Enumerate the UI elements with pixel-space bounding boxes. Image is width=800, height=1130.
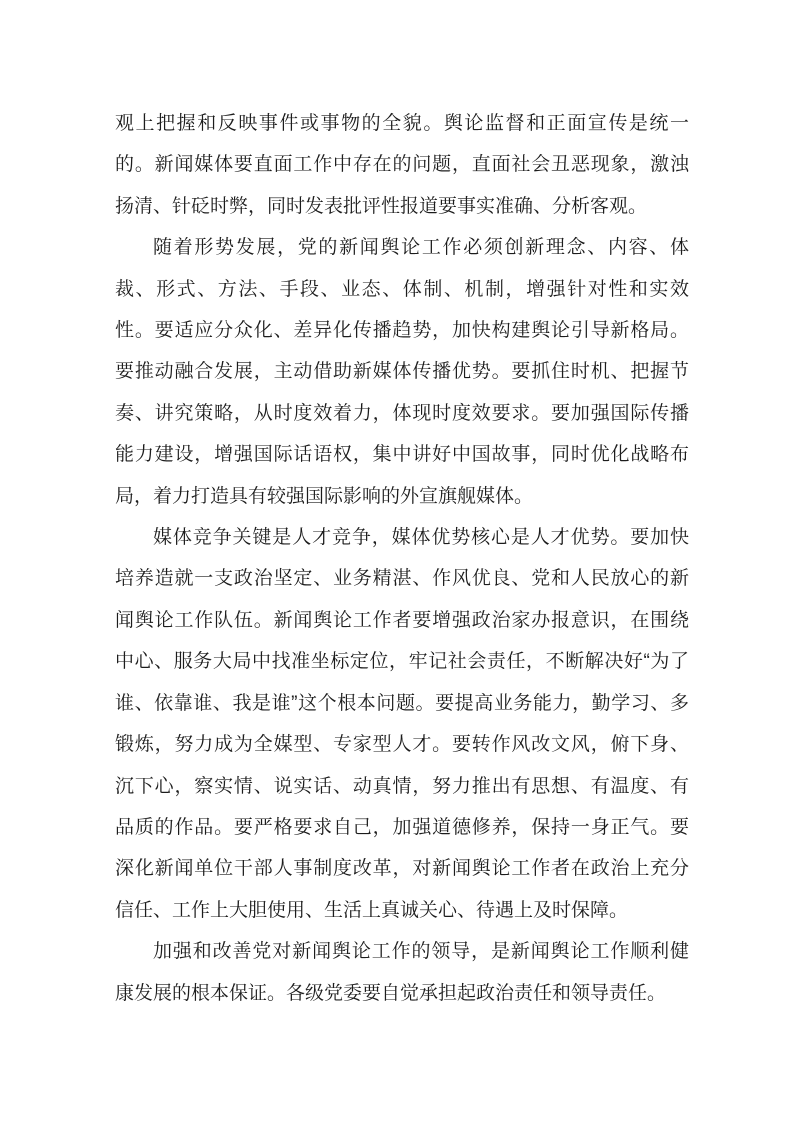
document-text: 观上把握和反映事件或事物的全貌。舆论监督和正面宣传是统一的。新闻媒体要直面工作中…	[115, 103, 689, 1014]
text-line: 随着形势发展，党的新闻舆论工作必须创新理念、内容、体	[115, 227, 689, 268]
text-line: 要推动融合发展，主动借助新媒体传播优势。要抓住时机、把握节	[115, 351, 689, 392]
text-line: 观上把握和反映事件或事物的全貌。舆论监督和正面宣传是统一	[115, 103, 689, 144]
text-line: 闻舆论工作队伍。新闻舆论工作者要增强政治家办报意识，在围绕	[115, 600, 689, 641]
text-line: 锻炼，努力成为全媒型、专家型人才。要转作风改文风，俯下身、	[115, 724, 689, 765]
text-line: 奏、讲究策略，从时度效着力，体现时度效要求。要加强国际传播	[115, 393, 689, 434]
text-line: 中心、服务大局中找准坐标定位，牢记社会责任，不断解决好“为了	[115, 641, 689, 682]
text-line: 能力建设，增强国际话语权，集中讲好中国故事，同时优化战略布	[115, 434, 689, 475]
text-line: 沉下心，察实情、说实话、动真情，努力推出有思想、有温度、有	[115, 766, 689, 807]
document-page: 观上把握和反映事件或事物的全貌。舆论监督和正面宣传是统一的。新闻媒体要直面工作中…	[0, 0, 800, 1130]
text-line: 性。要适应分众化、差异化传播趋势，加快构建舆论引导新格局。	[115, 310, 689, 351]
text-line: 深化新闻单位干部人事制度改革，对新闻舆论工作者在政治上充分	[115, 848, 689, 889]
paragraph: 观上把握和反映事件或事物的全貌。舆论监督和正面宣传是统一的。新闻媒体要直面工作中…	[115, 103, 689, 227]
text-line: 培养造就一支政治坚定、业务精湛、作风优良、党和人民放心的新	[115, 558, 689, 599]
text-line: 的。新闻媒体要直面工作中存在的问题，直面社会丑恶现象，激浊	[115, 144, 689, 185]
text-line: 康发展的根本保证。各级党委要自觉承担起政治责任和领导责任。	[115, 973, 689, 1014]
paragraph: 媒体竞争关键是人才竞争，媒体优势核心是人才优势。要加快培养造就一支政治坚定、业务…	[115, 517, 689, 931]
text-line: 信任、工作上大胆使用、生活上真诚关心、待遇上及时保障。	[115, 890, 689, 931]
text-line: 加强和改善党对新闻舆论工作的领导，是新闻舆论工作顺利健	[115, 931, 689, 972]
text-line: 扬清、针砭时弊，同时发表批评性报道要事实准确、分析客观。	[115, 186, 689, 227]
text-line: 谁、依靠谁、我是谁”这个根本问题。要提高业务能力，勤学习、多	[115, 683, 689, 724]
text-line: 品质的作品。要严格要求自己，加强道德修养，保持一身正气。要	[115, 807, 689, 848]
paragraph: 随着形势发展，党的新闻舆论工作必须创新理念、内容、体裁、形式、方法、手段、业态、…	[115, 227, 689, 517]
paragraph: 加强和改善党对新闻舆论工作的领导，是新闻舆论工作顺利健康发展的根本保证。各级党委…	[115, 931, 689, 1014]
text-line: 局，着力打造具有较强国际影响的外宣旗舰媒体。	[115, 476, 689, 517]
text-line: 媒体竞争关键是人才竞争，媒体优势核心是人才优势。要加快	[115, 517, 689, 558]
text-line: 裁、形式、方法、手段、业态、体制、机制，增强针对性和实效	[115, 269, 689, 310]
